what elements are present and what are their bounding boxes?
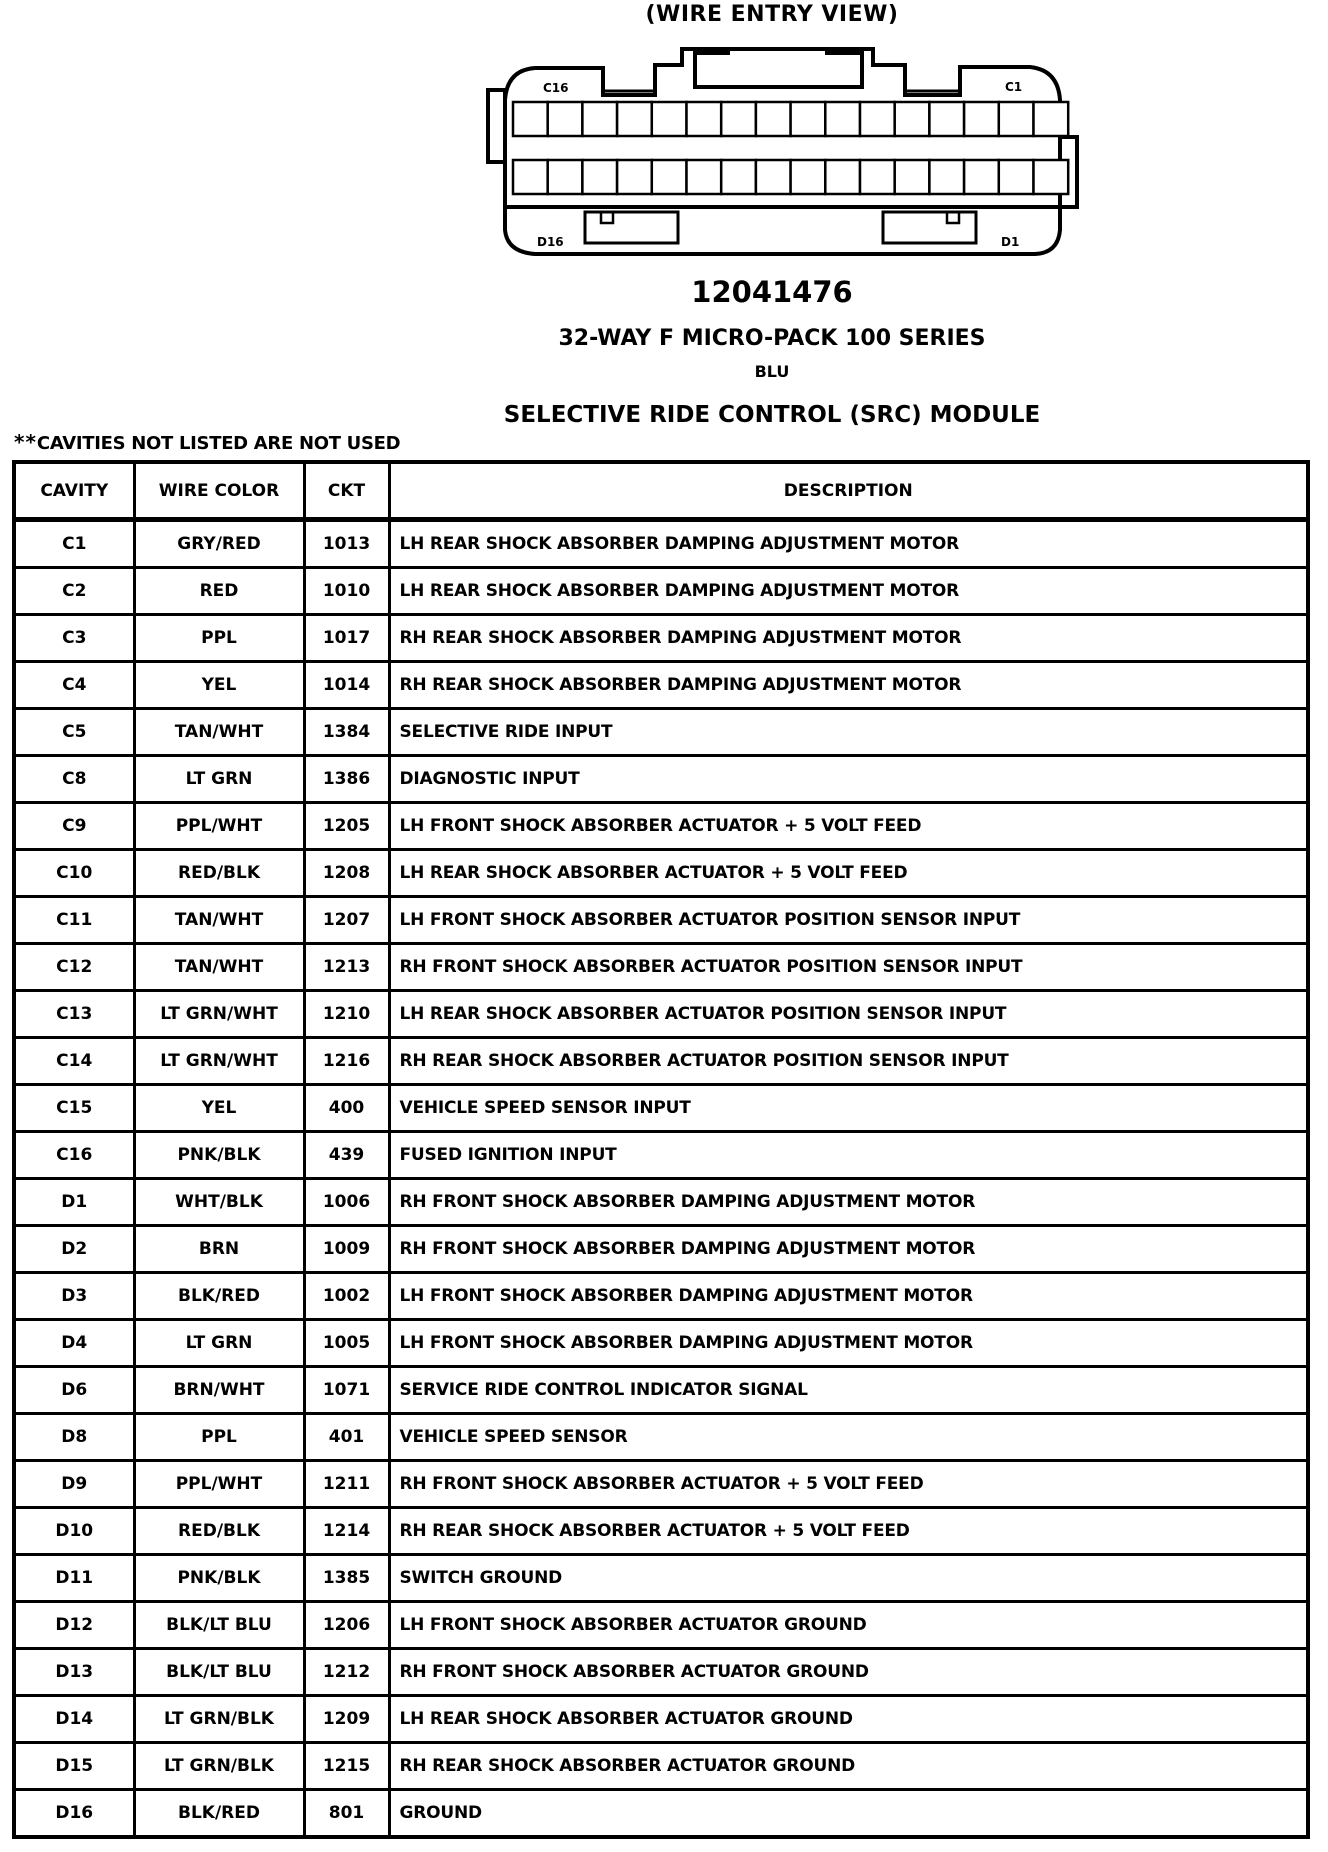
note-prefix: ** xyxy=(14,430,37,454)
wire-color-cell: PPL/WHT xyxy=(134,803,304,850)
description-cell: LH FRONT SHOCK ABSORBER ACTUATOR GROUND xyxy=(389,1602,1308,1649)
wire-color-cell: LT GRN xyxy=(134,1320,304,1367)
note-text: CAVITIES NOT LISTED ARE NOT USED xyxy=(37,433,400,454)
table-header-row: CAVITY WIRE COLOR CKT DESCRIPTION xyxy=(14,462,1308,520)
description-cell: GROUND xyxy=(389,1790,1308,1838)
wire-color-cell: LT GRN xyxy=(134,756,304,803)
ckt-cell: 1386 xyxy=(304,756,389,803)
wire-color-cell: PPL xyxy=(134,1414,304,1461)
table-row: C14LT GRN/WHT1216RH REAR SHOCK ABSORBER … xyxy=(14,1038,1308,1085)
wire-color-cell: GRY/RED xyxy=(134,520,304,568)
description-cell: RH REAR SHOCK ABSORBER DAMPING ADJUSTMEN… xyxy=(389,615,1308,662)
cavity-cell: D11 xyxy=(14,1555,134,1602)
wire-color-cell: BLK/LT BLU xyxy=(134,1602,304,1649)
description-cell: LH REAR SHOCK ABSORBER DAMPING ADJUSTMEN… xyxy=(389,520,1308,568)
cavity-cell: D14 xyxy=(14,1696,134,1743)
view-title: (WIRE ENTRY VIEW) xyxy=(0,2,1328,27)
cavity xyxy=(999,102,1034,136)
ckt-cell: 1207 xyxy=(304,897,389,944)
ckt-cell: 1071 xyxy=(304,1367,389,1414)
table-row: C13LT GRN/WHT1210LH REAR SHOCK ABSORBER … xyxy=(14,991,1308,1038)
table-row: D3BLK/RED1002LH FRONT SHOCK ABSORBER DAM… xyxy=(14,1273,1308,1320)
description-cell: LH REAR SHOCK ABSORBER ACTUATOR POSITION… xyxy=(389,991,1308,1038)
unused-cavities-note: **CAVITIES NOT LISTED ARE NOT USED xyxy=(14,430,400,454)
table-row: D13BLK/LT BLU1212RH FRONT SHOCK ABSORBER… xyxy=(14,1649,1308,1696)
wire-color-cell: BLK/LT BLU xyxy=(134,1649,304,1696)
ckt-cell: 1013 xyxy=(304,520,389,568)
wire-color-cell: WHT/BLK xyxy=(134,1179,304,1226)
connector-color: BLU xyxy=(0,362,1328,381)
wire-color-cell: LT GRN/WHT xyxy=(134,991,304,1038)
ckt-cell: 1385 xyxy=(304,1555,389,1602)
table-row: D6BRN/WHT1071SERVICE RIDE CONTROL INDICA… xyxy=(14,1367,1308,1414)
connector-series: 32-WAY F MICRO-PACK 100 SERIES xyxy=(0,326,1328,351)
latch-key-right xyxy=(947,212,959,223)
ckt-cell: 1384 xyxy=(304,709,389,756)
table-row: C10RED/BLK1208LH REAR SHOCK ABSORBER ACT… xyxy=(14,850,1308,897)
cavity-cell: C16 xyxy=(14,1132,134,1179)
ckt-cell: 400 xyxy=(304,1085,389,1132)
latch-key-left xyxy=(601,212,613,223)
header-description: DESCRIPTION xyxy=(389,462,1308,520)
ckt-cell: 1002 xyxy=(304,1273,389,1320)
pinout-table: CAVITY WIRE COLOR CKT DESCRIPTION C1GRY/… xyxy=(12,460,1310,1839)
cavity-cell: D6 xyxy=(14,1367,134,1414)
wire-color-cell: PNK/BLK xyxy=(134,1555,304,1602)
cavity-cell: C10 xyxy=(14,850,134,897)
ckt-cell: 439 xyxy=(304,1132,389,1179)
cavity xyxy=(721,102,756,136)
module-title: SELECTIVE RIDE CONTROL (SRC) MODULE xyxy=(0,402,1328,428)
cavity-cell: C1 xyxy=(14,520,134,568)
wire-color-cell: LT GRN/BLK xyxy=(134,1743,304,1790)
ckt-cell: 1009 xyxy=(304,1226,389,1273)
table-row: C8LT GRN1386DIAGNOSTIC INPUT xyxy=(14,756,1308,803)
description-cell: RH FRONT SHOCK ABSORBER ACTUATOR POSITIO… xyxy=(389,944,1308,991)
table-row: D4LT GRN1005LH FRONT SHOCK ABSORBER DAMP… xyxy=(14,1320,1308,1367)
description-cell: RH REAR SHOCK ABSORBER ACTUATOR POSITION… xyxy=(389,1038,1308,1085)
cavity-cell: C4 xyxy=(14,662,134,709)
cavity xyxy=(929,160,964,194)
ckt-cell: 1210 xyxy=(304,991,389,1038)
table-row: D11PNK/BLK1385SWITCH GROUND xyxy=(14,1555,1308,1602)
description-cell: LH FRONT SHOCK ABSORBER ACTUATOR + 5 VOL… xyxy=(389,803,1308,850)
ckt-cell: 1005 xyxy=(304,1320,389,1367)
wire-color-cell: BRN xyxy=(134,1226,304,1273)
ckt-cell: 1006 xyxy=(304,1179,389,1226)
table-row: D15LT GRN/BLK1215RH REAR SHOCK ABSORBER … xyxy=(14,1743,1308,1790)
cavity xyxy=(652,102,687,136)
cavity-cell: D12 xyxy=(14,1602,134,1649)
cavity xyxy=(687,160,722,194)
table-row: C12TAN/WHT1213RH FRONT SHOCK ABSORBER AC… xyxy=(14,944,1308,991)
description-cell: LH REAR SHOCK ABSORBER ACTUATOR + 5 VOLT… xyxy=(389,850,1308,897)
ckt-cell: 801 xyxy=(304,1790,389,1838)
cavity xyxy=(652,160,687,194)
description-cell: RH REAR SHOCK ABSORBER ACTUATOR GROUND xyxy=(389,1743,1308,1790)
cavity-cell: C15 xyxy=(14,1085,134,1132)
cavity xyxy=(756,160,791,194)
cavity xyxy=(582,102,617,136)
cavity-grid xyxy=(513,102,1068,194)
cavity-cell: C8 xyxy=(14,756,134,803)
ckt-cell: 1205 xyxy=(304,803,389,850)
table-row: C5TAN/WHT1384SELECTIVE RIDE INPUT xyxy=(14,709,1308,756)
cavity-cell: D4 xyxy=(14,1320,134,1367)
wire-color-cell: RED/BLK xyxy=(134,850,304,897)
header-ckt: CKT xyxy=(304,462,389,520)
cavity-cell: C9 xyxy=(14,803,134,850)
ckt-cell: 1215 xyxy=(304,1743,389,1790)
table-body: C1GRY/RED1013LH REAR SHOCK ABSORBER DAMP… xyxy=(14,520,1308,1838)
table-row: C3PPL1017RH REAR SHOCK ABSORBER DAMPING … xyxy=(14,615,1308,662)
ckt-cell: 1206 xyxy=(304,1602,389,1649)
description-cell: RH REAR SHOCK ABSORBER ACTUATOR + 5 VOLT… xyxy=(389,1508,1308,1555)
cavity-cell: D3 xyxy=(14,1273,134,1320)
cavity xyxy=(687,102,722,136)
ckt-cell: 1214 xyxy=(304,1508,389,1555)
table-row: D2BRN1009RH FRONT SHOCK ABSORBER DAMPING… xyxy=(14,1226,1308,1273)
top-latch-slot xyxy=(695,53,862,87)
cavity-cell: D13 xyxy=(14,1649,134,1696)
cavity xyxy=(860,102,895,136)
connector-face-diagram: C16 C1 D16 D1 xyxy=(480,40,1100,270)
description-cell: SELECTIVE RIDE INPUT xyxy=(389,709,1308,756)
wire-color-cell: YEL xyxy=(134,1085,304,1132)
cavity xyxy=(860,160,895,194)
description-cell: RH FRONT SHOCK ABSORBER DAMPING ADJUSTME… xyxy=(389,1179,1308,1226)
cavity xyxy=(721,160,756,194)
cavity-cell: C3 xyxy=(14,615,134,662)
part-number: 12041476 xyxy=(0,275,1328,309)
ckt-cell: 1014 xyxy=(304,662,389,709)
wire-color-cell: TAN/WHT xyxy=(134,709,304,756)
cavity xyxy=(548,160,583,194)
ckt-cell: 1017 xyxy=(304,615,389,662)
wire-color-cell: RED xyxy=(134,568,304,615)
header-cavity: CAVITY xyxy=(14,462,134,520)
ckt-cell: 1213 xyxy=(304,944,389,991)
description-cell: SERVICE RIDE CONTROL INDICATOR SIGNAL xyxy=(389,1367,1308,1414)
ckt-cell: 1211 xyxy=(304,1461,389,1508)
cavity-cell: D10 xyxy=(14,1508,134,1555)
cavity xyxy=(1034,160,1069,194)
description-cell: RH FRONT SHOCK ABSORBER ACTUATOR GROUND xyxy=(389,1649,1308,1696)
cavity xyxy=(895,160,930,194)
label-c1: C1 xyxy=(1005,80,1022,94)
ckt-cell: 1208 xyxy=(304,850,389,897)
description-cell: FUSED IGNITION INPUT xyxy=(389,1132,1308,1179)
label-c16: C16 xyxy=(543,81,569,95)
cavity xyxy=(964,160,999,194)
description-cell: LH REAR SHOCK ABSORBER ACTUATOR GROUND xyxy=(389,1696,1308,1743)
table-row: C1GRY/RED1013LH REAR SHOCK ABSORBER DAMP… xyxy=(14,520,1308,568)
cavity xyxy=(1034,102,1069,136)
table-row: D8PPL401VEHICLE SPEED SENSOR xyxy=(14,1414,1308,1461)
table-row: C15YEL400VEHICLE SPEED SENSOR INPUT xyxy=(14,1085,1308,1132)
table-row: D16BLK/RED801GROUND xyxy=(14,1790,1308,1838)
table-row: D14LT GRN/BLK1209LH REAR SHOCK ABSORBER … xyxy=(14,1696,1308,1743)
description-cell: LH FRONT SHOCK ABSORBER ACTUATOR POSITIO… xyxy=(389,897,1308,944)
cavity xyxy=(999,160,1034,194)
cavity-cell: D9 xyxy=(14,1461,134,1508)
cavity-cell: C2 xyxy=(14,568,134,615)
ckt-cell: 1209 xyxy=(304,1696,389,1743)
description-cell: VEHICLE SPEED SENSOR xyxy=(389,1414,1308,1461)
latch-box-right xyxy=(883,212,976,243)
wire-color-cell: BRN/WHT xyxy=(134,1367,304,1414)
wire-color-cell: PPL/WHT xyxy=(134,1461,304,1508)
wire-color-cell: TAN/WHT xyxy=(134,944,304,991)
table-row: D1WHT/BLK1006RH FRONT SHOCK ABSORBER DAM… xyxy=(14,1179,1308,1226)
label-d1: D1 xyxy=(1001,235,1019,249)
cavity xyxy=(582,160,617,194)
cavity xyxy=(513,160,548,194)
cavity xyxy=(513,102,548,136)
cavity-cell: D16 xyxy=(14,1790,134,1838)
description-cell: LH FRONT SHOCK ABSORBER DAMPING ADJUSTME… xyxy=(389,1273,1308,1320)
description-cell: LH FRONT SHOCK ABSORBER DAMPING ADJUSTME… xyxy=(389,1320,1308,1367)
cavity-cell: D15 xyxy=(14,1743,134,1790)
description-cell: RH FRONT SHOCK ABSORBER ACTUATOR + 5 VOL… xyxy=(389,1461,1308,1508)
table-row: D10RED/BLK1214RH REAR SHOCK ABSORBER ACT… xyxy=(14,1508,1308,1555)
table-row: D9PPL/WHT1211RH FRONT SHOCK ABSORBER ACT… xyxy=(14,1461,1308,1508)
wire-color-cell: TAN/WHT xyxy=(134,897,304,944)
cavity xyxy=(929,102,964,136)
left-side-tab xyxy=(488,90,505,162)
table-row: C4YEL1014RH REAR SHOCK ABSORBER DAMPING … xyxy=(14,662,1308,709)
cavity xyxy=(964,102,999,136)
wire-color-cell: BLK/RED xyxy=(134,1790,304,1838)
cavity xyxy=(825,102,860,136)
description-cell: SWITCH GROUND xyxy=(389,1555,1308,1602)
wire-color-cell: PPL xyxy=(134,615,304,662)
wire-color-cell: RED/BLK xyxy=(134,1508,304,1555)
wire-color-cell: LT GRN/WHT xyxy=(134,1038,304,1085)
cavity xyxy=(791,160,826,194)
label-d16: D16 xyxy=(537,235,564,249)
ckt-cell: 1212 xyxy=(304,1649,389,1696)
table-row: C11TAN/WHT1207LH FRONT SHOCK ABSORBER AC… xyxy=(14,897,1308,944)
cavity xyxy=(756,102,791,136)
cavity-cell: C14 xyxy=(14,1038,134,1085)
table-row: C16PNK/BLK439FUSED IGNITION INPUT xyxy=(14,1132,1308,1179)
ckt-cell: 401 xyxy=(304,1414,389,1461)
cavity xyxy=(825,160,860,194)
cavity xyxy=(617,160,652,194)
wire-color-cell: LT GRN/BLK xyxy=(134,1696,304,1743)
wire-color-cell: YEL xyxy=(134,662,304,709)
header-wire-color: WIRE COLOR xyxy=(134,462,304,520)
description-cell: RH FRONT SHOCK ABSORBER DAMPING ADJUSTME… xyxy=(389,1226,1308,1273)
latch-box-left xyxy=(585,212,678,243)
cavity-cell: D2 xyxy=(14,1226,134,1273)
table-row: C9PPL/WHT1205LH FRONT SHOCK ABSORBER ACT… xyxy=(14,803,1308,850)
ckt-cell: 1216 xyxy=(304,1038,389,1085)
cavity-cell: D8 xyxy=(14,1414,134,1461)
description-cell: VEHICLE SPEED SENSOR INPUT xyxy=(389,1085,1308,1132)
wire-color-cell: BLK/RED xyxy=(134,1273,304,1320)
cavity xyxy=(617,102,652,136)
ckt-cell: 1010 xyxy=(304,568,389,615)
description-cell: DIAGNOSTIC INPUT xyxy=(389,756,1308,803)
cavity xyxy=(791,102,826,136)
description-cell: LH REAR SHOCK ABSORBER DAMPING ADJUSTMEN… xyxy=(389,568,1308,615)
cavity xyxy=(548,102,583,136)
description-cell: RH REAR SHOCK ABSORBER DAMPING ADJUSTMEN… xyxy=(389,662,1308,709)
cavity-cell: D1 xyxy=(14,1179,134,1226)
cavity-cell: C13 xyxy=(14,991,134,1038)
table-row: C2RED1010LH REAR SHOCK ABSORBER DAMPING … xyxy=(14,568,1308,615)
table-row: D12BLK/LT BLU1206LH FRONT SHOCK ABSORBER… xyxy=(14,1602,1308,1649)
cavity xyxy=(895,102,930,136)
wire-color-cell: PNK/BLK xyxy=(134,1132,304,1179)
cavity-cell: C12 xyxy=(14,944,134,991)
cavity-cell: C11 xyxy=(14,897,134,944)
cavity-cell: C5 xyxy=(14,709,134,756)
